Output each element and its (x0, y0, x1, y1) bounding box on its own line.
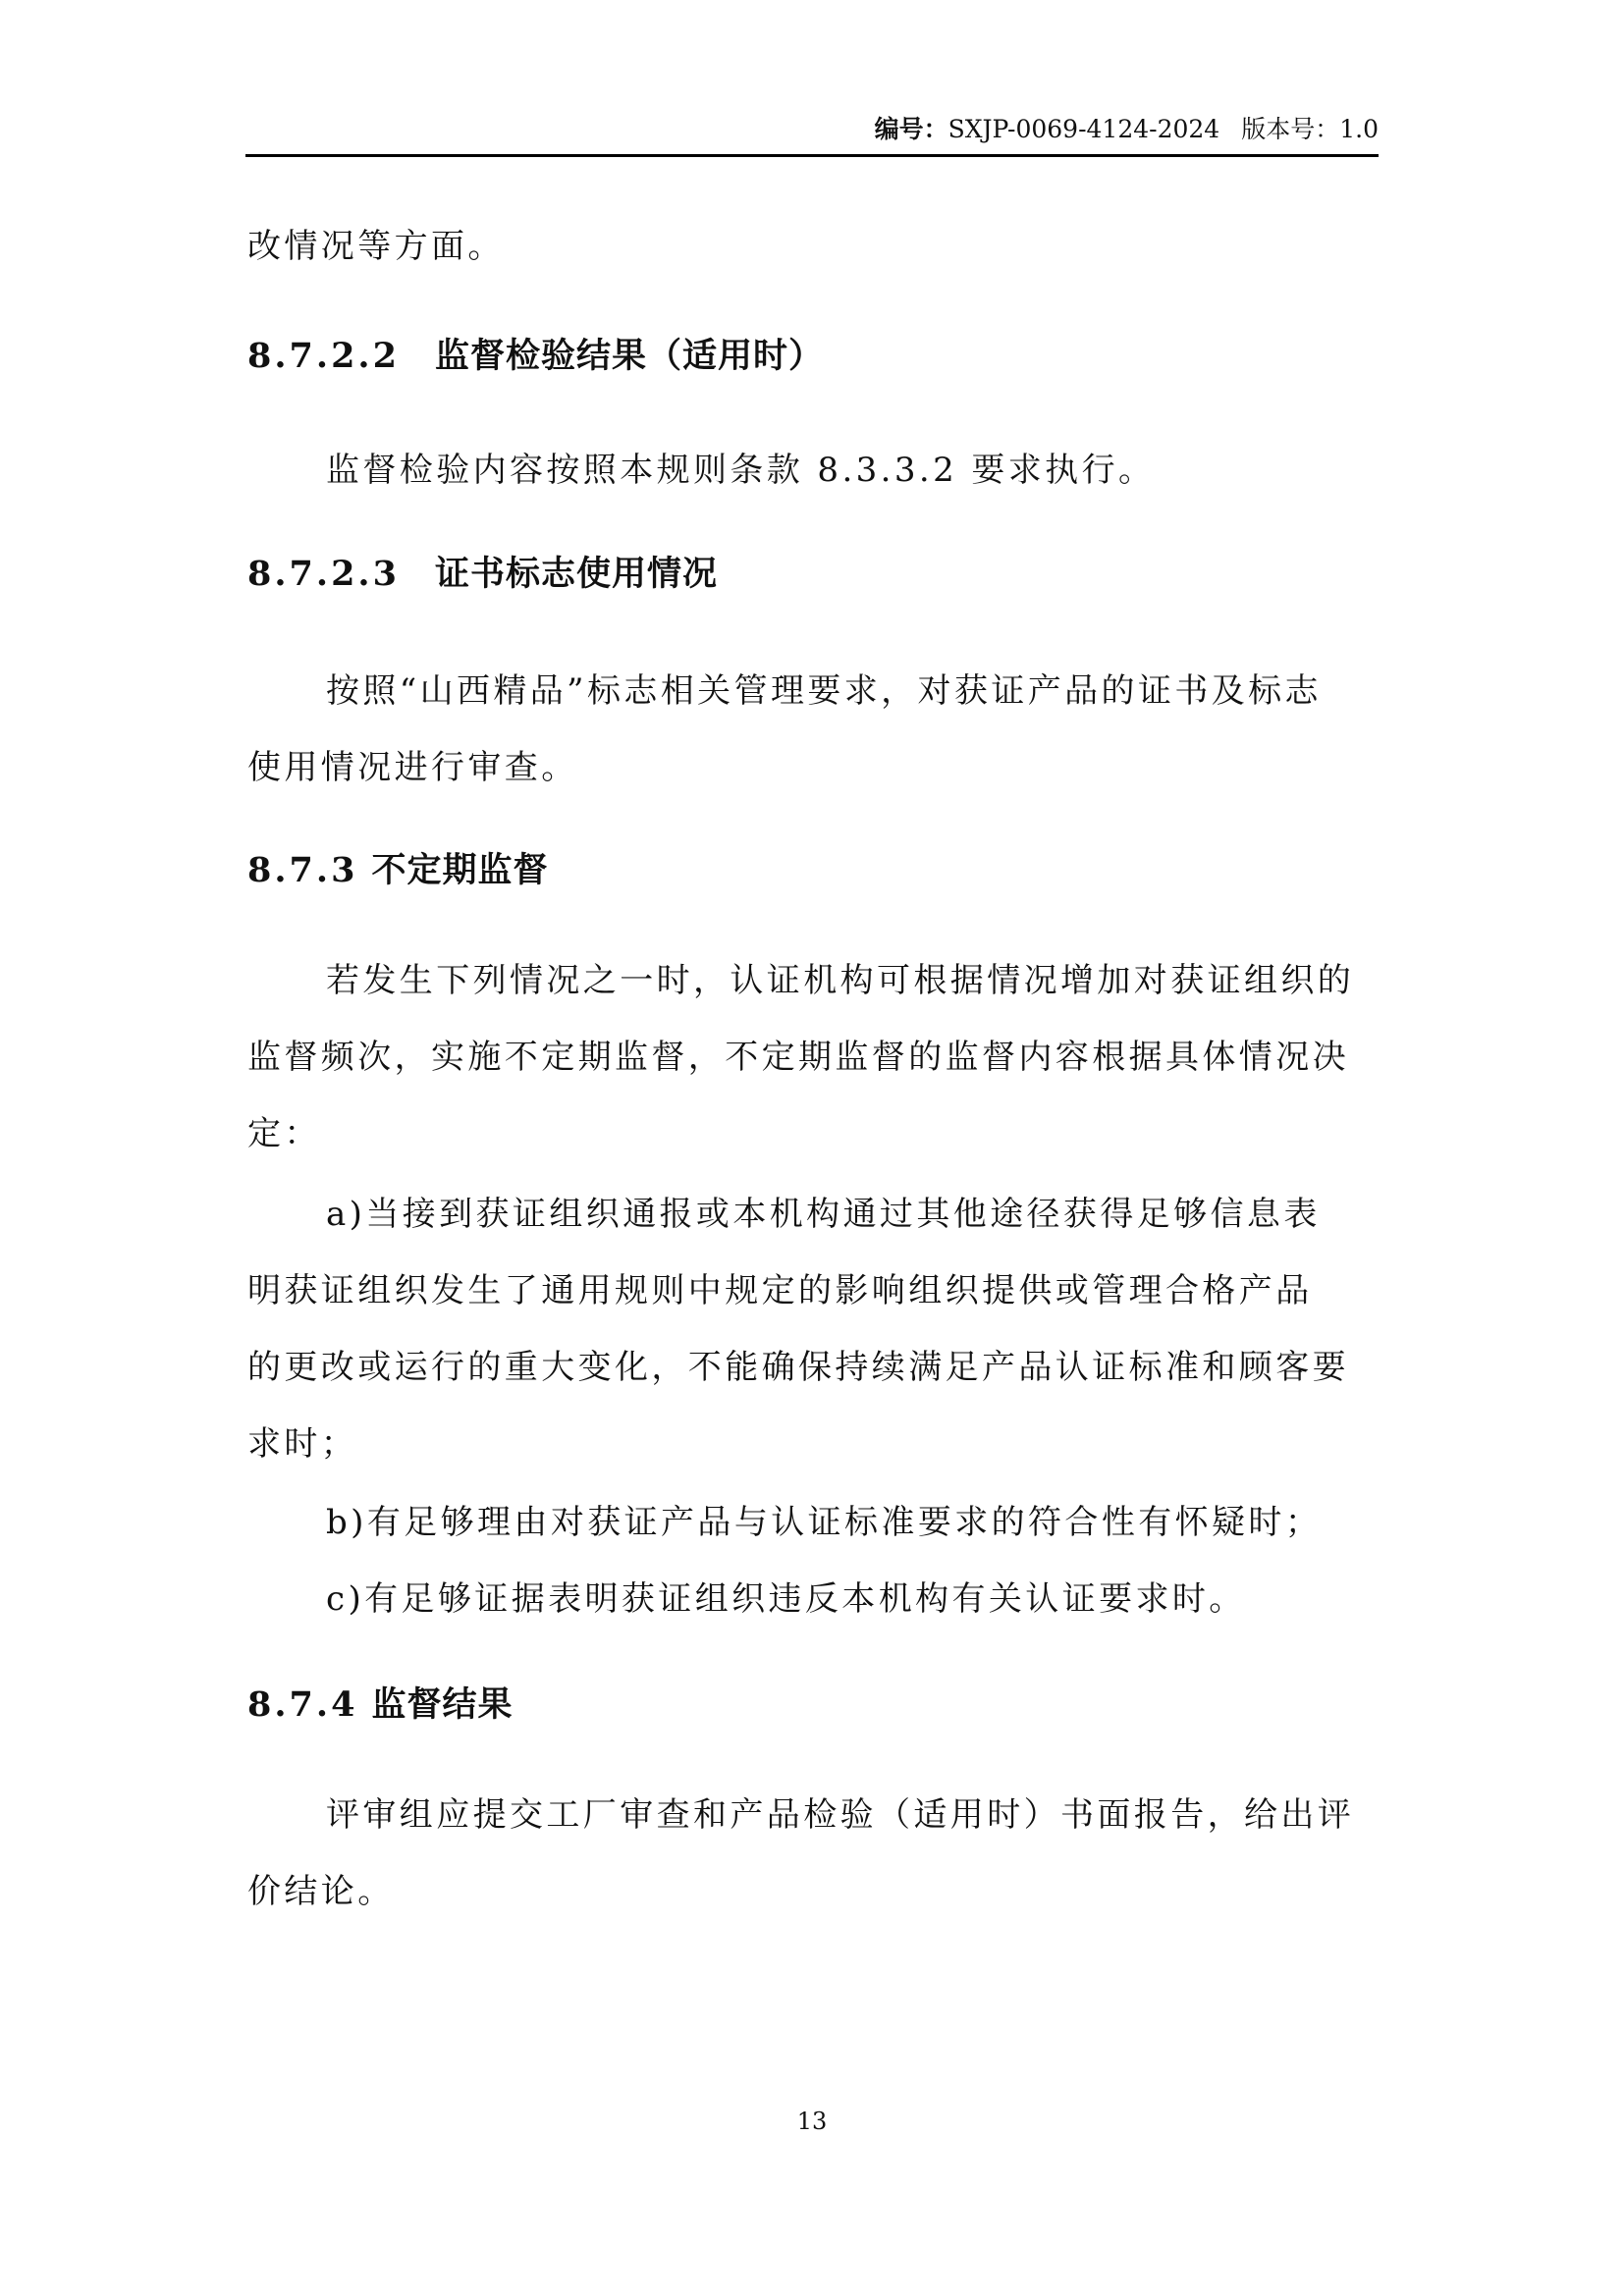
continuation-paragraph: 改情况等方面。 (247, 208, 1380, 285)
paragraph-line: a)当接到获证组织通报或本机构通过其他途径获得足够信息表 (247, 1176, 1380, 1253)
section-number: 8.7.2.3 (247, 554, 400, 594)
section-heading-8-7-3: 8.7.3不定期监督 (247, 846, 548, 895)
section-8-7-2-2-paragraph: 监督检验内容按照本规则条款 8.3.3.2 要求执行。 (247, 432, 1459, 508)
paragraph-line: 价结论。 (247, 1853, 1380, 1930)
section-8-7-2-3-paragraph: 按照“山西精品”标志相关管理要求，对获证产品的证书及标志 使用情况进行审查。 (247, 653, 1380, 806)
section-title: 监督检验结果（适用时） (435, 336, 824, 376)
paragraph-line: 监督检验内容按照本规则条款 8.3.3.2 要求执行。 (326, 451, 1155, 490)
section-heading-8-7-2-2: 8.7.2.2监督检验结果（适用时） (247, 332, 824, 381)
paragraph-line: 监督频次，实施不定期监督，不定期监督的监督内容根据具体情况决 (247, 1019, 1380, 1095)
page-number: 13 (0, 2107, 1624, 2136)
paragraph-line: 的更改或运行的重大变化，不能确保持续满足产品认证标准和顾客要 (247, 1329, 1380, 1406)
section-8-7-4-paragraph: 评审组应提交工厂审查和产品检验（适用时）书面报告，给出评 价结论。 (247, 1777, 1380, 1930)
paragraph-line: 明获证组织发生了通用规则中规定的影响组织提供或管理合格产品 (247, 1253, 1380, 1329)
section-8-7-3-intro: 若发生下列情况之一时，认证机构可根据情况增加对获证组织的 监督频次，实施不定期监… (247, 942, 1380, 1172)
paragraph-line: b)有足够理由对获证产品与认证标准要求的符合性有怀疑时； (326, 1503, 1322, 1542)
document-page: 编号：SXJP-0069-4124-2024版本号：1.0 改情况等方面。 8.… (0, 0, 1624, 2296)
version-number: 1.0 (1339, 115, 1379, 143)
list-item-c: c)有足够证据表明获证组织违反本机构有关认证要求时。 (247, 1561, 1459, 1637)
section-heading-8-7-2-3: 8.7.2.3证书标志使用情况 (247, 550, 718, 599)
version-label: 版本号： (1241, 115, 1339, 143)
paragraph-line: 若发生下列情况之一时，认证机构可根据情况增加对获证组织的 (247, 942, 1380, 1019)
section-heading-8-7-4: 8.7.4监督结果 (247, 1681, 513, 1730)
section-title: 监督结果 (371, 1684, 513, 1725)
paragraph-line: 使用情况进行审查。 (247, 729, 1380, 806)
paragraph-line: 求时； (247, 1406, 1380, 1482)
header-divider (245, 154, 1379, 157)
section-number: 8.7.4 (247, 1684, 357, 1725)
paragraph-line: 改情况等方面。 (247, 227, 505, 266)
section-number: 8.7.2.2 (247, 336, 400, 376)
paragraph-line: 定： (247, 1095, 1380, 1172)
doc-number-label: 编号： (875, 115, 948, 143)
section-title: 证书标志使用情况 (435, 554, 718, 594)
paragraph-line: 按照“山西精品”标志相关管理要求，对获证产品的证书及标志 (247, 653, 1380, 729)
section-title: 不定期监督 (371, 850, 548, 890)
paragraph-line: c)有足够证据表明获证组织违反本机构有关认证要求时。 (326, 1579, 1246, 1619)
section-number: 8.7.3 (247, 850, 357, 890)
doc-number: SXJP-0069-4124-2024 (948, 115, 1220, 143)
paragraph-line: 评审组应提交工厂审查和产品检验（适用时）书面报告，给出评 (247, 1777, 1380, 1853)
list-item-a: a)当接到获证组织通报或本机构通过其他途径获得足够信息表 明获证组织发生了通用规… (247, 1176, 1380, 1482)
list-item-b: b)有足够理由对获证产品与认证标准要求的符合性有怀疑时； (247, 1484, 1459, 1561)
page-header: 编号：SXJP-0069-4124-2024版本号：1.0 (245, 110, 1379, 149)
